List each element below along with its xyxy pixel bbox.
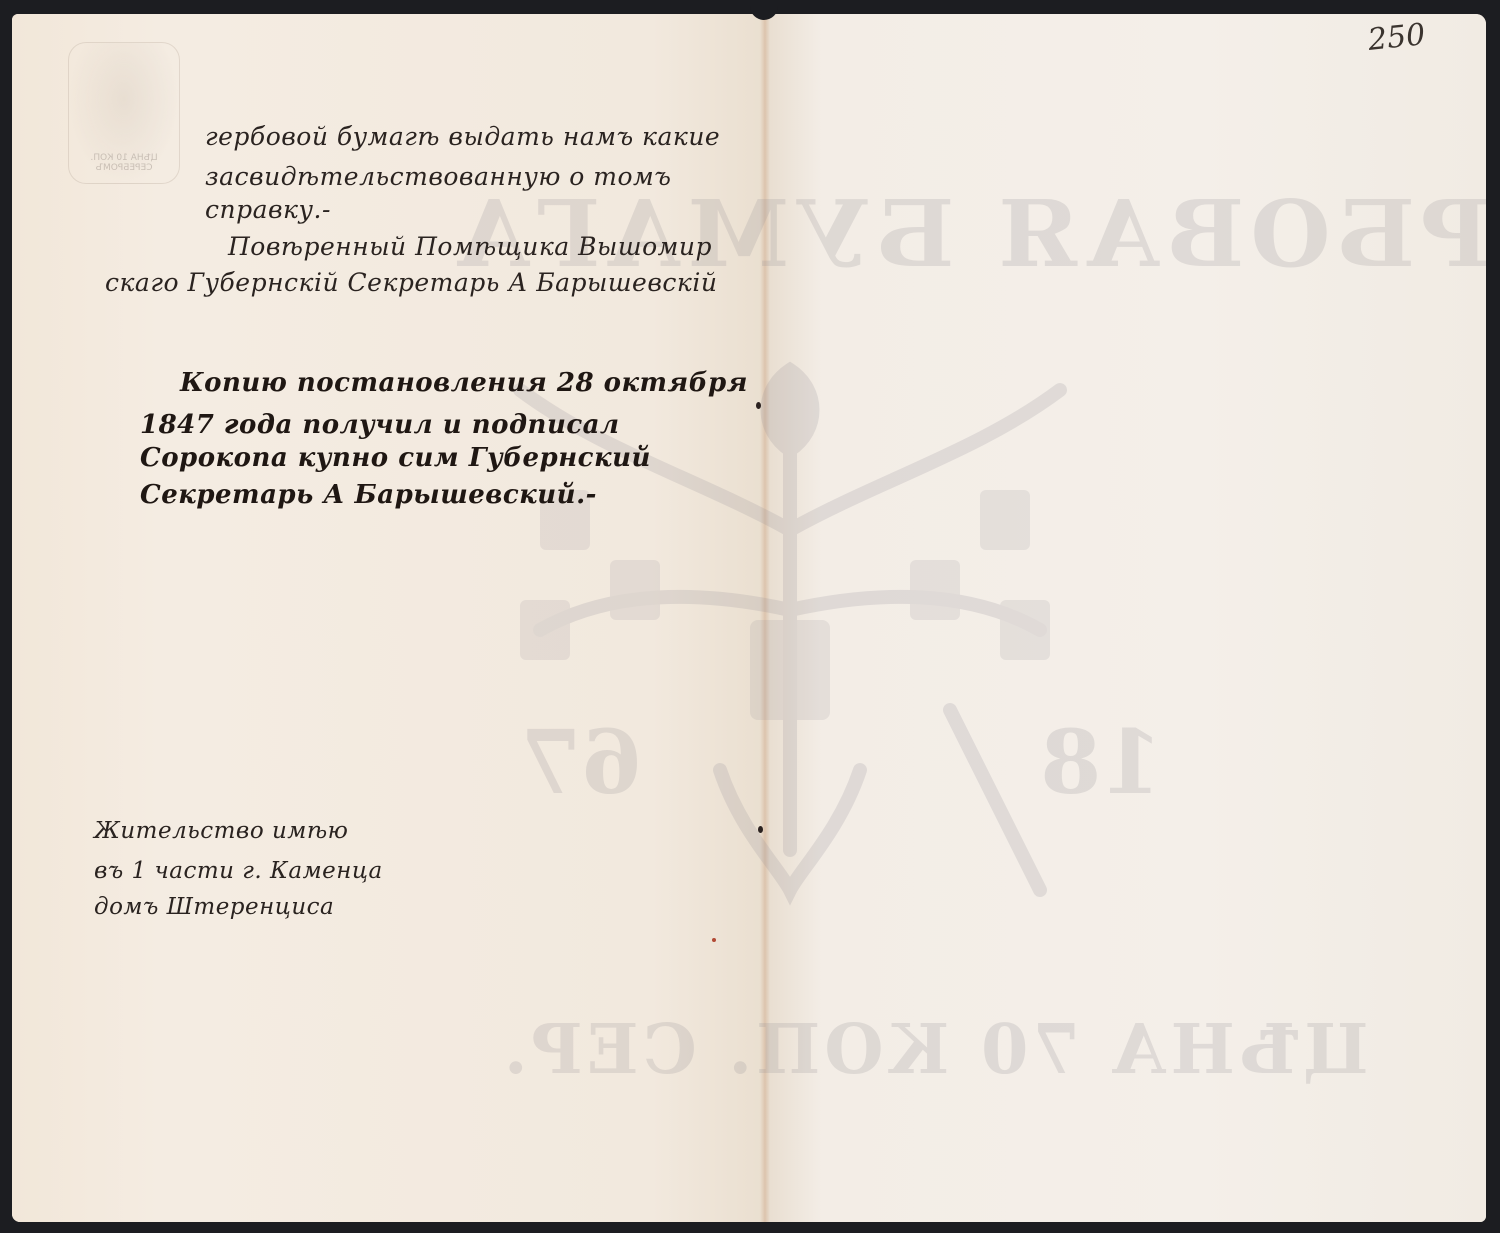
signature-line-1: Повѣренный Помѣщика Вышомир xyxy=(228,232,712,261)
watermark-price: ЦѢНА 70 КОП. СЕР. xyxy=(500,1010,1369,1090)
red-mark xyxy=(712,938,716,942)
paragraph-line-3: справку.- xyxy=(205,195,331,224)
signature-line-2: скаго Губернскій Секретарь А Барышевскій xyxy=(105,268,717,297)
receipt-line-1: Копию постановления 28 октября xyxy=(180,368,748,398)
watermark-year-right: 18 xyxy=(1040,710,1162,814)
residence-line-3: домъ Штеренциса xyxy=(94,894,334,920)
residence-line-2: въ 1 части г. Каменца xyxy=(94,858,383,884)
watermark-year-left: 67 xyxy=(520,710,642,814)
receipt-line-2: 1847 года получил и подписал xyxy=(140,410,620,440)
receipt-line-3: Сорокопа купно сим Губернский xyxy=(140,443,651,473)
folio-number: 250 xyxy=(1366,17,1427,58)
ink-mark xyxy=(756,402,761,409)
residence-line-1: Жительство имѣю xyxy=(94,818,348,844)
embossed-stamp: ЦѢНА 10 КОП. СЕРЕБРОМЪ xyxy=(68,42,180,184)
paragraph-line-2: засвидѣтельствованную о томъ xyxy=(205,162,671,191)
receipt-line-4: Секретарь А Барышевский.- xyxy=(140,480,597,510)
ink-mark xyxy=(758,826,763,833)
stamp-text: ЦѢНА 10 КОП. СЕРЕБРОМЪ xyxy=(69,153,179,173)
paragraph-line-1: гербовой бумагѣ выдать намъ какие xyxy=(205,122,720,151)
